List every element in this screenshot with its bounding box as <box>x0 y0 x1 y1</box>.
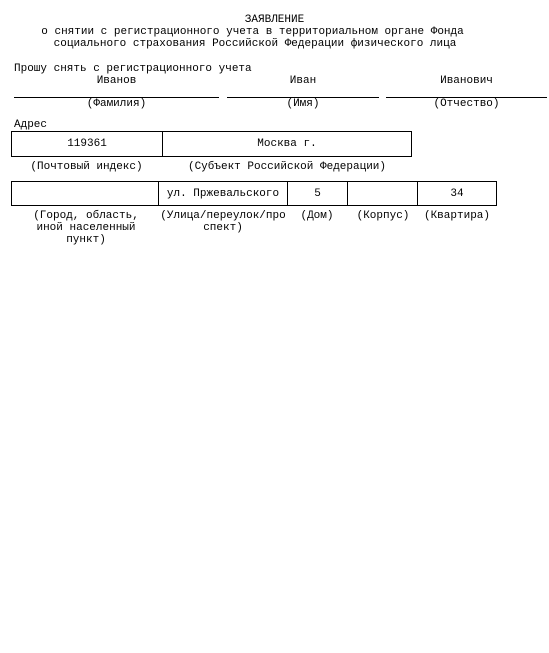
building-field <box>348 182 418 205</box>
last-name-caption: (Фамилия) <box>14 98 219 110</box>
house-field: 5 <box>288 182 348 205</box>
document-title: ЗАЯВЛЕНИЕ <box>0 14 549 26</box>
last-name-value: Иванов <box>14 75 219 87</box>
city-caption: (Город, область, иной населенный пункт) <box>22 210 150 246</box>
street-field: ул. Пржевальского <box>159 182 288 205</box>
document-subtitle-line1: о снятии с регистрационного учета в терр… <box>0 26 505 38</box>
house-caption: (Дом) <box>287 210 347 222</box>
region-caption: (Субъект Российской Федерации) <box>162 161 412 173</box>
address-row-2: ул. Пржевальского 5 34 <box>11 181 497 206</box>
city-field <box>12 182 159 205</box>
address-label: Адрес <box>14 119 47 131</box>
first-name-caption: (Имя) <box>227 98 379 110</box>
patronymic-value: Иванович <box>386 75 547 87</box>
street-caption: (Улица/переулок/проспект) <box>158 210 288 234</box>
patronymic-caption: (Отчество) <box>386 98 547 110</box>
address-row-1: 119361 Москва г. <box>11 131 412 157</box>
postal-code-field: 119361 <box>12 132 163 156</box>
first-name-value: Иван <box>227 75 379 87</box>
region-field: Москва г. <box>163 132 411 156</box>
request-text: Прошу снять с регистрационного учета <box>14 63 252 75</box>
document-subtitle-line2: социального страхования Российской Федер… <box>0 38 510 50</box>
apartment-field: 34 <box>418 182 496 205</box>
postal-code-caption: (Почтовый индекс) <box>11 161 162 173</box>
apartment-caption: (Квартира) <box>417 210 497 222</box>
building-caption: (Корпус) <box>347 210 419 222</box>
